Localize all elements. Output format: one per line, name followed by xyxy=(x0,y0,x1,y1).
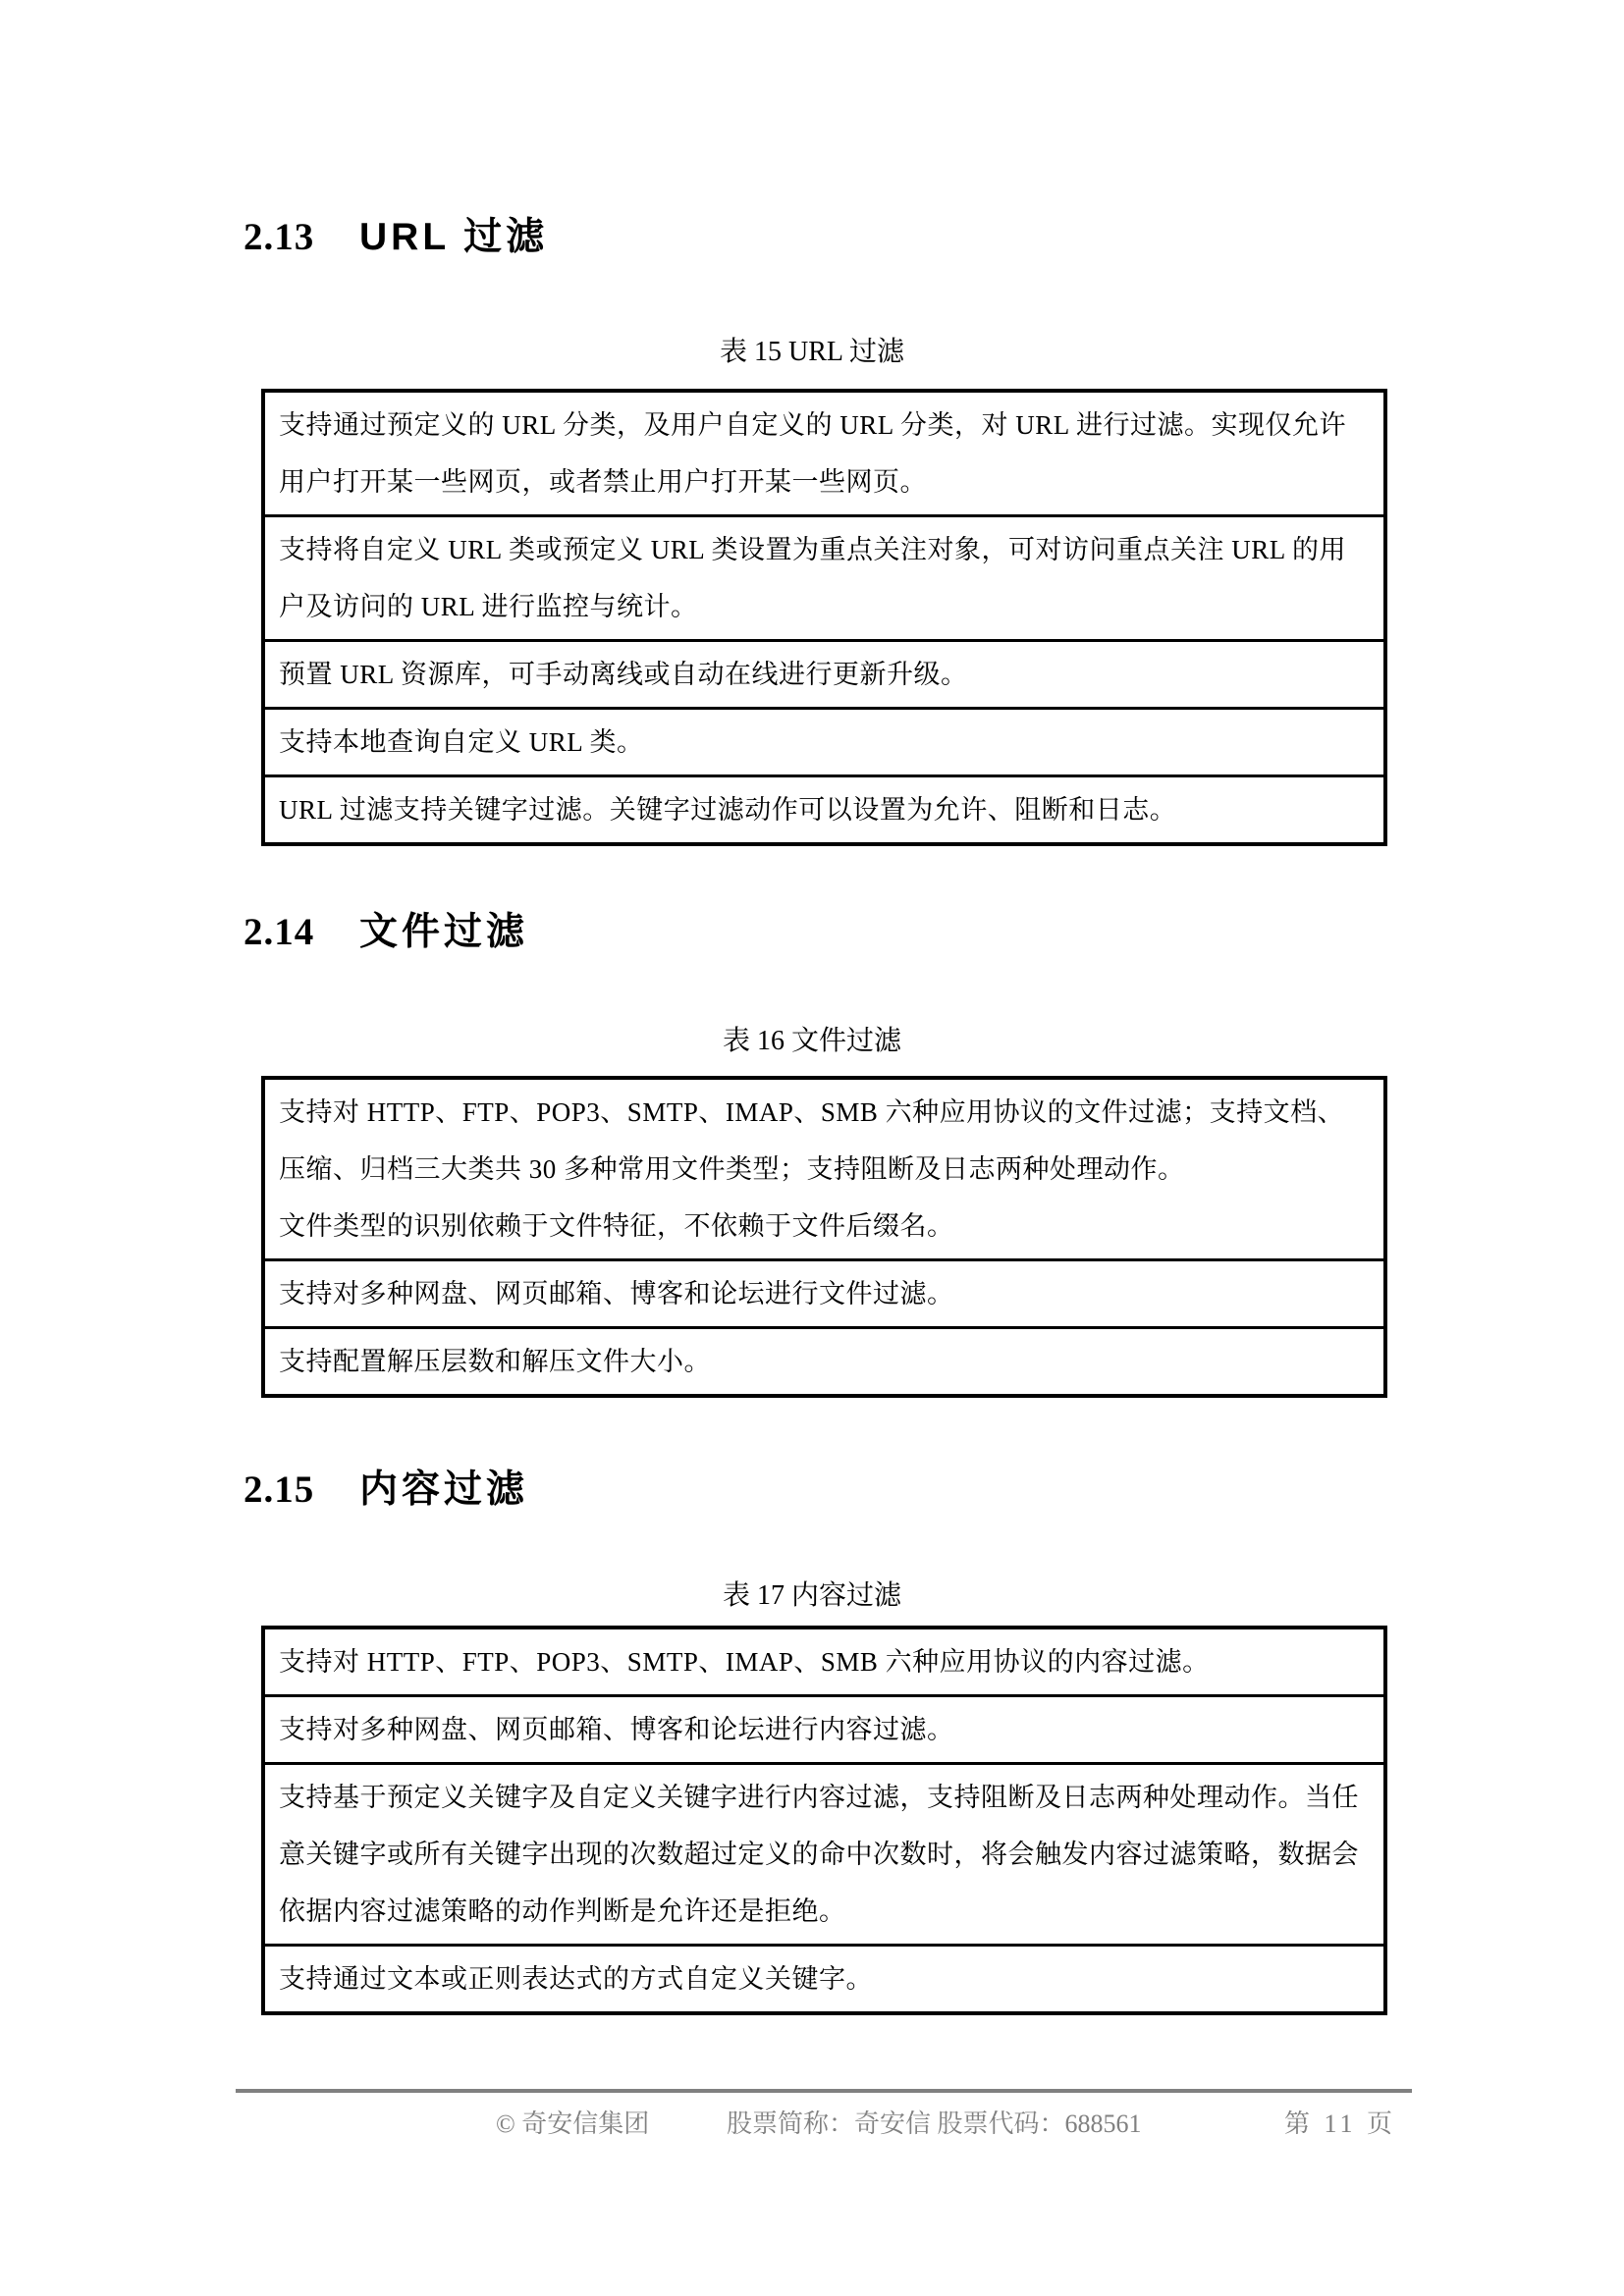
cell-text: 支持对多种网盘、网页邮箱、博客和论坛进行内容过滤。 xyxy=(279,1701,1360,1758)
cell-text: URL 过滤支持关键字过滤。关键字过滤动作可以设置为允许、阻断和日志。 xyxy=(279,781,1360,838)
table-cell: 支持通过预定义的 URL 分类，及用户自定义的 URL 分类，对 URL 进行过… xyxy=(263,391,1385,516)
table-cell: 支持对多种网盘、网页邮箱、博客和论坛进行文件过滤。 xyxy=(263,1260,1385,1328)
table-cell: 支持本地查询自定义 URL 类。 xyxy=(263,709,1385,776)
table-row: 支持对 HTTP、FTP、POP3、SMTP、IMAP、SMB 六种应用协议的文… xyxy=(263,1078,1385,1260)
table-cell: 支持对多种网盘、网页邮箱、博客和论坛进行内容过滤。 xyxy=(263,1696,1385,1764)
cell-text: 支持对多种网盘、网页邮箱、博客和论坛进行文件过滤。 xyxy=(279,1265,1360,1322)
table-cell: URL 过滤支持关键字过滤。关键字过滤动作可以设置为允许、阻断和日志。 xyxy=(263,776,1385,845)
section-number: 2.14 xyxy=(244,911,314,953)
page-footer: © 奇安信集团 股票简称：奇安信 股票代码：688561 第 11 页 xyxy=(0,2107,1624,2146)
table-cell: 支持对 HTTP、FTP、POP3、SMTP、IMAP、SMB 六种应用协议的文… xyxy=(263,1078,1385,1260)
table-caption-17: 表 17 内容过滤 xyxy=(0,1579,1624,1613)
cell-text: 支持对 HTTP、FTP、POP3、SMTP、IMAP、SMB 六种应用协议的内… xyxy=(279,1633,1360,1690)
section-heading-file-filter: 2.14 文件过滤 xyxy=(244,909,528,956)
table-caption-16: 表 16 文件过滤 xyxy=(0,1025,1624,1058)
cell-text: 支持通过预定义的 URL 分类，及用户自定义的 URL 分类，对 URL 进行过… xyxy=(279,397,1360,510)
table-row: 支持将自定义 URL 类或预定义 URL 类设置为重点关注对象，可对访问重点关注… xyxy=(263,516,1385,641)
table-caption-15: 表 15 URL 过滤 xyxy=(0,336,1624,369)
cell-text: 支持配置解压层数和解压文件大小。 xyxy=(279,1333,1360,1390)
table-row: 支持本地查询自定义 URL 类。 xyxy=(263,709,1385,776)
cell-text: 支持对 HTTP、FTP、POP3、SMTP、IMAP、SMB 六种应用协议的文… xyxy=(279,1084,1360,1198)
cell-text: 预置 URL 资源库，可手动离线或自动在线进行更新升级。 xyxy=(279,646,1360,703)
table-cell: 支持通过文本或正则表达式的方式自定义关键字。 xyxy=(263,1946,1385,2014)
table-url-filter: 支持通过预定义的 URL 分类，及用户自定义的 URL 分类，对 URL 进行过… xyxy=(261,389,1387,846)
section-heading-url-filter: 2.13 URL 过滤 xyxy=(244,214,548,261)
cell-text: 支持本地查询自定义 URL 类。 xyxy=(279,714,1360,771)
footer-copyright: © 奇安信集团 xyxy=(496,2107,649,2142)
cell-text: 支持通过文本或正则表达式的方式自定义关键字。 xyxy=(279,1950,1360,2007)
section-title: 文件过滤 xyxy=(359,911,528,953)
section-number: 2.15 xyxy=(244,1468,314,1511)
table-row: 支持配置解压层数和解压文件大小。 xyxy=(263,1328,1385,1397)
table-cell: 支持将自定义 URL 类或预定义 URL 类设置为重点关注对象，可对访问重点关注… xyxy=(263,516,1385,641)
footer-page-number: 第 11 页 xyxy=(1284,2107,1396,2142)
footer-divider xyxy=(236,2089,1412,2093)
cell-text: 文件类型的识别依赖于文件特征，不依赖于文件后缀名。 xyxy=(279,1198,1360,1255)
table-cell: 支持基于预定义关键字及自定义关键字进行内容过滤，支持阻断及日志两种处理动作。当任… xyxy=(263,1764,1385,1946)
table-cell: 支持配置解压层数和解压文件大小。 xyxy=(263,1328,1385,1397)
section-heading-content-filter: 2.15 内容过滤 xyxy=(244,1467,528,1514)
cell-text: 支持基于预定义关键字及自定义关键字进行内容过滤，支持阻断及日志两种处理动作。当任… xyxy=(279,1769,1360,1940)
table-content-filter: 支持对 HTTP、FTP、POP3、SMTP、IMAP、SMB 六种应用协议的内… xyxy=(261,1626,1387,2015)
section-title: 内容过滤 xyxy=(359,1468,528,1511)
table-row: 支持对 HTTP、FTP、POP3、SMTP、IMAP、SMB 六种应用协议的内… xyxy=(263,1628,1385,1696)
table-file-filter: 支持对 HTTP、FTP、POP3、SMTP、IMAP、SMB 六种应用协议的文… xyxy=(261,1076,1387,1398)
table-row: 支持对多种网盘、网页邮箱、博客和论坛进行文件过滤。 xyxy=(263,1260,1385,1328)
section-title: URL 过滤 xyxy=(359,216,548,258)
table-row: 支持基于预定义关键字及自定义关键字进行内容过滤，支持阻断及日志两种处理动作。当任… xyxy=(263,1764,1385,1946)
table-row: 支持对多种网盘、网页邮箱、博客和论坛进行内容过滤。 xyxy=(263,1696,1385,1764)
table-row: 支持通过文本或正则表达式的方式自定义关键字。 xyxy=(263,1946,1385,2014)
table-row: URL 过滤支持关键字过滤。关键字过滤动作可以设置为允许、阻断和日志。 xyxy=(263,776,1385,845)
table-row: 支持通过预定义的 URL 分类，及用户自定义的 URL 分类，对 URL 进行过… xyxy=(263,391,1385,516)
table-cell: 预置 URL 资源库，可手动离线或自动在线进行更新升级。 xyxy=(263,641,1385,709)
document-page: 2.13 URL 过滤 表 15 URL 过滤 支持通过预定义的 URL 分类，… xyxy=(0,0,1624,2296)
cell-text: 支持将自定义 URL 类或预定义 URL 类设置为重点关注对象，可对访问重点关注… xyxy=(279,521,1360,635)
table-row: 预置 URL 资源库，可手动离线或自动在线进行更新升级。 xyxy=(263,641,1385,709)
footer-stock-info: 股票简称：奇安信 股票代码：688561 xyxy=(727,2107,1142,2142)
table-cell: 支持对 HTTP、FTP、POP3、SMTP、IMAP、SMB 六种应用协议的内… xyxy=(263,1628,1385,1696)
section-number: 2.13 xyxy=(244,216,314,258)
